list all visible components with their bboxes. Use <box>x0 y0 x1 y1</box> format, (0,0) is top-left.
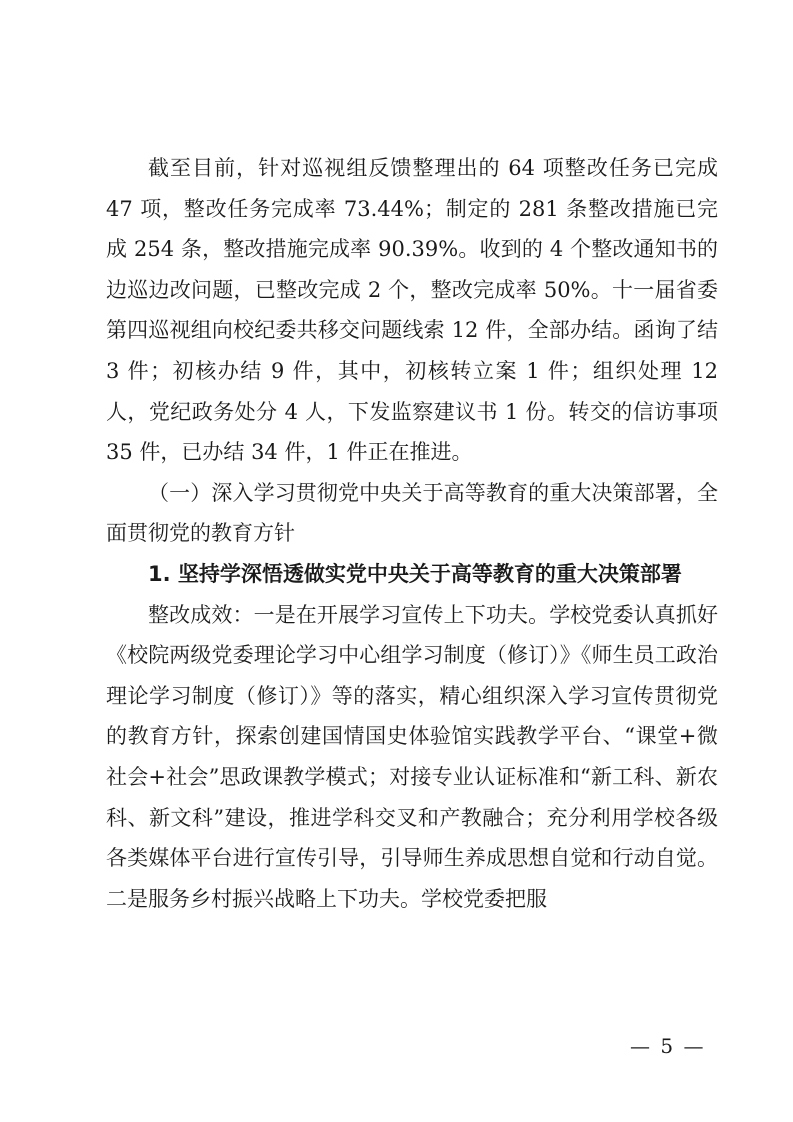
rectification-results-paragraph: 整改成效：一是在开展学习宣传上下功夫。学校党委认真抓好《校院两级党委理论学习中心… <box>106 595 718 920</box>
document-page: 截至目前，针对巡视组反馈整理出的 64 项整改任务已完成 47 项，整改任务完成… <box>0 0 793 1122</box>
summary-paragraph: 截至目前，针对巡视组反馈整理出的 64 项整改任务已完成 47 项，整改任务完成… <box>106 148 718 473</box>
page-number: — 5 — <box>630 1034 705 1058</box>
subsection-heading: 1. 坚持学深悟透做实党中央关于高等教育的重大决策部署 <box>106 554 718 595</box>
document-body: 截至目前，针对巡视组反馈整理出的 64 项整改任务已完成 47 项，整改任务完成… <box>106 148 718 919</box>
section-heading: （一）深入学习贯彻党中央关于高等教育的重大决策部署，全面贯彻党的教育方针 <box>106 473 718 554</box>
